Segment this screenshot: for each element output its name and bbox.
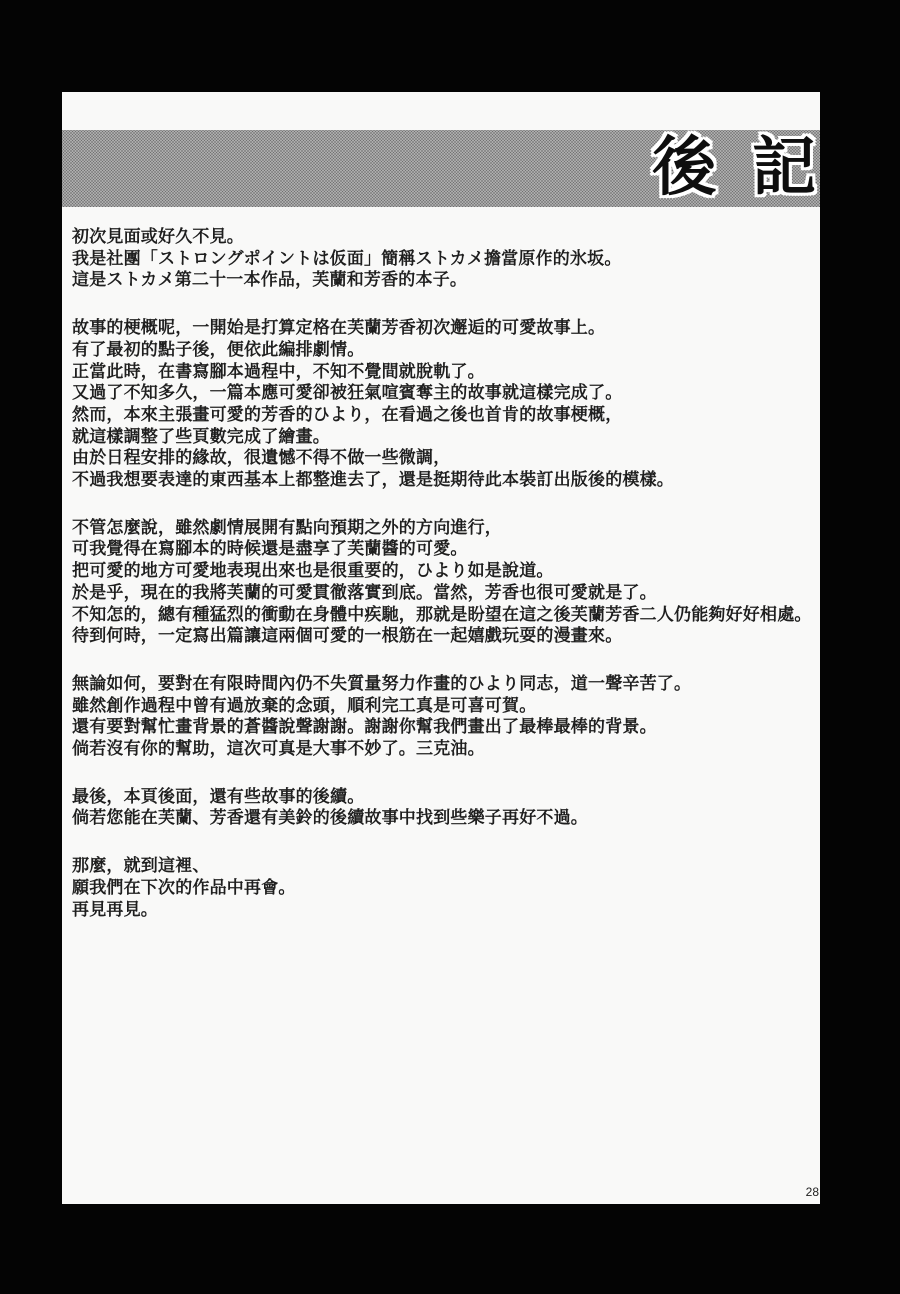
paragraph: 不管怎麼說，雖然劇情展開有點向預期之外的方向進行，可我覺得在寫腳本的時候還是盡享… (72, 517, 806, 647)
afterword-text: 初次見面或好久不見。我是社團「ストロングポイントは仮面」簡稱ストカメ擔當原作的氷… (72, 226, 806, 946)
text-line: 願我們在下次的作品中再會。 (72, 877, 806, 899)
text-line: 雖然創作過程中曾有過放棄的念頭，順利完工真是可喜可賀。 (72, 695, 806, 717)
paragraph: 那麼，就到這裡、願我們在下次的作品中再會。再見再見。 (72, 855, 806, 920)
paragraph: 故事的梗概呢，一開始是打算定格在芙蘭芳香初次邂逅的可愛故事上。有了最初的點子後，… (72, 317, 806, 491)
text-line: 倘若沒有你的幫助，這次可真是大事不妙了。三克油。 (72, 738, 806, 760)
text-line: 無論如何，要對在有限時間內仍不失質量努力作畫的ひより同志，道一聲辛苦了。 (72, 673, 806, 695)
scanned-page-background: { "page": { "banner": { "title_chars": [… (0, 0, 900, 1294)
paragraph: 最後，本頁後面，還有些故事的後續。倘若您能在芙蘭、芳香還有美鈴的後續故事中找到些… (72, 786, 806, 829)
text-line: 可我覺得在寫腳本的時候還是盡享了芙蘭醬的可愛。 (72, 538, 806, 560)
text-line: 不知怎的，總有種猛烈的衝動在身體中疾馳，那就是盼望在這之後芙蘭芳香二人仍能夠好好… (72, 604, 806, 626)
paragraph: 無論如何，要對在有限時間內仍不失質量努力作畫的ひより同志，道一聲辛苦了。雖然創作… (72, 673, 806, 760)
text-line: 於是乎，現在的我將芙蘭的可愛貫徹落實到底。當然，芳香也很可愛就是了。 (72, 582, 806, 604)
text-line: 正當此時，在書寫腳本過程中，不知不覺間就脫軌了。 (72, 361, 806, 383)
text-line: 不過我想要表達的東西基本上都整進去了，還是挺期待此本裝訂出版後的模樣。 (72, 469, 806, 491)
text-line: 由於日程安排的緣故，很遺憾不得不做一些微調， (72, 447, 806, 469)
text-line: 把可愛的地方可愛地表現出來也是很重要的，ひより如是說道。 (72, 560, 806, 582)
text-line: 就這樣調整了些頁數完成了繪畫。 (72, 426, 806, 448)
text-line: 初次見面或好久不見。 (72, 226, 806, 248)
text-line: 最後，本頁後面，還有些故事的後續。 (72, 786, 806, 808)
afterword-title: 後 記 (652, 135, 816, 199)
text-line: 再見再見。 (72, 899, 806, 921)
afterword-banner: 後 記 (62, 130, 820, 207)
text-line: 然而，本來主張畫可愛的芳香的ひより，在看過之後也首肯的故事梗概， (72, 404, 806, 426)
text-line: 還有要對幫忙畫背景的蒼醬說聲謝謝。謝謝你幫我們畫出了最棒最棒的背景。 (72, 716, 806, 738)
text-line: 不管怎麼說，雖然劇情展開有點向預期之外的方向進行， (72, 517, 806, 539)
text-line: 那麼，就到這裡、 (72, 855, 806, 877)
text-line: 我是社團「ストロングポイントは仮面」簡稱ストカメ擔當原作的氷坂。 (72, 248, 806, 270)
text-line: 待到何時，一定寫出篇讓這兩個可愛的一根筋在一起嬉戲玩耍的漫畫來。 (72, 625, 806, 647)
text-line: 故事的梗概呢，一開始是打算定格在芙蘭芳香初次邂逅的可愛故事上。 (72, 317, 806, 339)
text-line: 這是ストカメ第二十一本作品，芙蘭和芳香的本子。 (72, 269, 806, 291)
page-number: 28 (806, 1186, 819, 1198)
manga-afterword-page: 後 記 初次見面或好久不見。我是社團「ストロングポイントは仮面」簡稱ストカメ擔當… (62, 92, 820, 1204)
paragraph: 初次見面或好久不見。我是社團「ストロングポイントは仮面」簡稱ストカメ擔當原作的氷… (72, 226, 806, 291)
afterword-title-char-1: 後 (652, 135, 716, 199)
text-line: 又過了不知多久，一篇本應可愛卻被狂氣喧賓奪主的故事就這樣完成了。 (72, 382, 806, 404)
text-line: 有了最初的點子後，便依此編排劇情。 (72, 339, 806, 361)
afterword-title-char-2: 記 (752, 135, 816, 199)
text-line: 倘若您能在芙蘭、芳香還有美鈴的後續故事中找到些樂子再好不過。 (72, 807, 806, 829)
